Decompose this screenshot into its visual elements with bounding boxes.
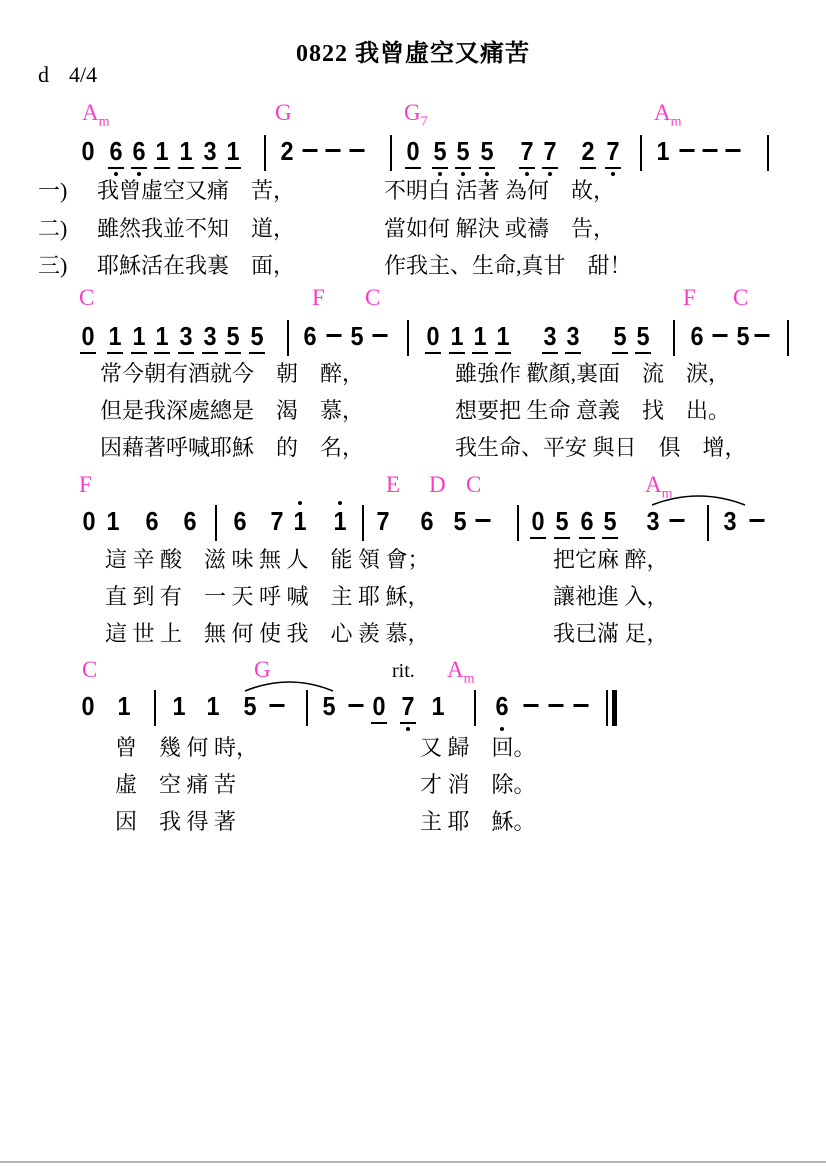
- note-dash: [303, 149, 318, 152]
- note-digit: 1: [155, 323, 168, 349]
- low-octave-dot: [548, 172, 552, 176]
- note-digit: 5: [555, 508, 568, 534]
- lyric-segment: 曾 幾 何 時，: [115, 735, 258, 761]
- note-digit: 5: [456, 138, 469, 164]
- note-digit: 1: [117, 693, 130, 719]
- note-digit: 0: [81, 693, 94, 719]
- chord-symbol-G: G: [275, 101, 292, 124]
- eighth-note-beam: [455, 167, 471, 169]
- note-digit: 7: [520, 138, 533, 164]
- note-dash: [680, 149, 695, 152]
- low-octave-dot: [461, 172, 465, 176]
- lyric-segment: 不明白 活著 為何 故，: [384, 178, 615, 204]
- note-digit: 3: [203, 323, 216, 349]
- page-bottom-edge: [0, 1161, 826, 1163]
- note-digit: 6: [132, 138, 145, 164]
- note-dash: [574, 704, 589, 707]
- eighth-note-beam: [154, 167, 170, 169]
- eighth-note-beam: [449, 352, 465, 354]
- note-digit: 1: [431, 693, 444, 719]
- chord-quality: m: [464, 672, 475, 687]
- note-digit: 3: [646, 508, 659, 534]
- barline: [707, 505, 709, 541]
- high-octave-dot: [338, 501, 342, 505]
- barline: [640, 135, 642, 171]
- barline: [787, 320, 789, 356]
- low-octave-dot: [525, 172, 529, 176]
- low-octave-dot: [611, 172, 615, 176]
- eighth-note-beam: [605, 167, 621, 169]
- note-digit: 5: [226, 323, 239, 349]
- barline: [362, 505, 364, 541]
- chord-symbol-G7: G7: [404, 101, 428, 130]
- note-digit: 6: [690, 323, 703, 349]
- barline: [264, 135, 266, 171]
- note-digit: 5: [613, 323, 626, 349]
- tempo-marking-rit: rit.: [392, 661, 415, 681]
- lyric-segment: 耶穌活在我裏 面，: [97, 253, 295, 279]
- chord-symbol-C: C: [82, 658, 97, 681]
- note-dash: [713, 334, 728, 337]
- tie-arc: [650, 492, 747, 506]
- low-octave-dot: [485, 172, 489, 176]
- note-digit: 0: [406, 138, 419, 164]
- lyric-segment: 這 世 上 無 何 使 我 心 羨 慕，: [105, 621, 430, 647]
- eighth-note-beam: [202, 352, 218, 354]
- eighth-note-beam: [579, 537, 595, 539]
- note-digit: 1: [656, 138, 669, 164]
- chord-symbol-C: C: [733, 286, 748, 309]
- note-digit: 5: [350, 323, 363, 349]
- note-digit: 7: [376, 508, 389, 534]
- lyric-segment: 我生命、平安 與日 俱 增，: [455, 435, 747, 461]
- chord-quality: m: [671, 115, 682, 130]
- note-digit: 5: [322, 693, 335, 719]
- chord-symbol-Am: Am: [654, 101, 682, 130]
- note-digit: 5: [736, 323, 749, 349]
- note-digit: 5: [480, 138, 493, 164]
- note-dash: [755, 334, 770, 337]
- barline: [306, 690, 308, 726]
- eighth-note-beam: [80, 352, 96, 354]
- barline: [215, 505, 217, 541]
- note-digit: 3: [179, 323, 192, 349]
- eighth-note-beam: [580, 167, 596, 169]
- barline: [390, 135, 392, 171]
- note-digit: 2: [280, 138, 293, 164]
- eighth-note-beam: [249, 352, 265, 354]
- note-dash: [726, 149, 741, 152]
- lyric-segment: 又 歸 回。: [420, 735, 536, 761]
- note-digit: 0: [531, 508, 544, 534]
- chord-symbol-Am: Am: [82, 101, 110, 130]
- chord-symbol-E: E: [386, 473, 400, 496]
- eighth-note-beam: [565, 352, 581, 354]
- eighth-note-beam: [425, 352, 441, 354]
- eighth-note-beam: [225, 167, 241, 169]
- note-digit: 6: [495, 693, 508, 719]
- eighth-note-beam: [154, 352, 170, 354]
- chord-symbol-C: C: [365, 286, 380, 309]
- note-digit: 7: [401, 693, 414, 719]
- chord-symbol-F: F: [312, 286, 325, 309]
- lyric-segment: 但是我深處總是 渴 慕，: [100, 398, 364, 424]
- time-signature: 4/4: [69, 62, 97, 87]
- lyric-segment: 我曾虛空又痛 苦，: [97, 178, 295, 204]
- note-digit: 6: [420, 508, 433, 534]
- eighth-note-beam: [554, 537, 570, 539]
- note-digit: 5: [243, 693, 256, 719]
- eighth-note-beam: [225, 352, 241, 354]
- note-digit: 6: [109, 138, 122, 164]
- note-digit: 1: [450, 323, 463, 349]
- note-dash: [270, 704, 285, 707]
- eighth-note-beam: [542, 352, 558, 354]
- low-octave-dot: [500, 727, 504, 731]
- note-digit: 6: [580, 508, 593, 534]
- note-digit: 1: [473, 323, 486, 349]
- lyric-segment: 主 耶 穌。: [420, 809, 536, 835]
- chord-symbol-D: D: [429, 473, 446, 496]
- final-barline-thin: [606, 690, 608, 726]
- note-digit: 1: [293, 508, 306, 534]
- note-digit: 5: [636, 323, 649, 349]
- eighth-note-beam: [178, 167, 194, 169]
- eighth-note-beam: [131, 352, 147, 354]
- eighth-note-beam: [519, 167, 535, 169]
- note-digit: 2: [581, 138, 594, 164]
- note-digit: 1: [155, 138, 168, 164]
- lyric-segment: 雖強作 歡顏,裏面 流 淚，: [455, 361, 730, 387]
- note-digit: 1: [226, 138, 239, 164]
- lyric-segment: 想要把 生命 意義 找 出。: [455, 398, 730, 424]
- chord-symbol-Am: Am: [447, 658, 475, 687]
- barline: [287, 320, 289, 356]
- note-digit: 6: [233, 508, 246, 534]
- key-signature: d4/4: [38, 62, 97, 88]
- low-octave-dot: [406, 727, 410, 731]
- note-digit: 5: [250, 323, 263, 349]
- note-dash: [350, 149, 365, 152]
- verse-number: 一): [38, 178, 67, 204]
- note-digit: 1: [132, 323, 145, 349]
- note-dash: [326, 149, 341, 152]
- note-digit: 0: [82, 508, 95, 534]
- note-dash: [524, 704, 539, 707]
- chord-quality: 7: [421, 115, 428, 130]
- barline: [517, 505, 519, 541]
- eighth-note-beam: [202, 167, 218, 169]
- eighth-note-beam: [602, 537, 618, 539]
- note-digit: 1: [106, 508, 119, 534]
- note-digit: 0: [372, 693, 385, 719]
- lyric-segment: 雖然我並不知 道，: [97, 216, 295, 242]
- note-digit: 7: [543, 138, 556, 164]
- sheet-music-page: 0822 我曾虛空又痛苦 d4/4 AmGG7Am066113120555772…: [0, 0, 826, 1169]
- note-digit: 6: [145, 508, 158, 534]
- note-digit: 7: [270, 508, 283, 534]
- eighth-note-beam: [400, 722, 416, 724]
- lyric-segment: 這 辛 酸 滋 味 無 人 能 領 會；: [105, 547, 430, 573]
- final-barline-thick: [612, 690, 617, 726]
- lyric-segment: 我已滿 足，: [553, 621, 669, 647]
- eighth-note-beam: [107, 352, 123, 354]
- eighth-note-beam: [479, 167, 495, 169]
- lyric-segment: 把它麻 醉，: [553, 547, 669, 573]
- lyric-segment: 虛 空 痛 苦: [115, 772, 236, 798]
- low-octave-dot: [114, 172, 118, 176]
- note-dash: [349, 704, 364, 707]
- high-octave-dot: [298, 501, 302, 505]
- lyric-segment: 因藉著呼喊耶穌 的 名，: [100, 435, 364, 461]
- song-title: 0822 我曾虛空又痛苦: [0, 33, 826, 68]
- barline: [673, 320, 675, 356]
- note-digit: 1: [179, 138, 192, 164]
- note-digit: 5: [453, 508, 466, 534]
- eighth-note-beam: [472, 352, 488, 354]
- note-dash: [549, 704, 564, 707]
- barline: [767, 135, 769, 171]
- eighth-note-beam: [635, 352, 651, 354]
- lyric-segment: 常今朝有酒就今 朝 醉，: [100, 361, 364, 387]
- note-digit: 1: [333, 508, 346, 534]
- eighth-note-beam: [530, 537, 546, 539]
- lyric-segment: 因 我 得 著: [115, 809, 236, 835]
- note-digit: 1: [108, 323, 121, 349]
- note-digit: 1: [206, 693, 219, 719]
- eighth-note-beam: [612, 352, 628, 354]
- note-digit: 0: [81, 323, 94, 349]
- note-digit: 3: [203, 138, 216, 164]
- chord-symbol-F: F: [79, 473, 92, 496]
- chord-quality: m: [99, 115, 110, 130]
- chord-symbol-C: C: [79, 286, 94, 309]
- note-digit: 5: [603, 508, 616, 534]
- eighth-note-beam: [178, 352, 194, 354]
- eighth-note-beam: [495, 352, 511, 354]
- note-digit: 5: [433, 138, 446, 164]
- lyric-segment: 直 到 有 一 天 呼 喊 主 耶 穌，: [105, 584, 430, 610]
- note-dash: [476, 519, 491, 522]
- verse-number: 三): [38, 253, 67, 279]
- note-dash: [703, 149, 718, 152]
- note-dash: [670, 519, 685, 522]
- note-digit: 0: [81, 138, 94, 164]
- eighth-note-beam: [405, 167, 421, 169]
- note-digit: 7: [606, 138, 619, 164]
- lyric-segment: 才 消 除。: [420, 772, 536, 798]
- lyric-segment: 作我主、生命,真甘 甜！: [384, 253, 632, 279]
- key-letter: d: [38, 62, 49, 87]
- note-digit: 6: [303, 323, 316, 349]
- eighth-note-beam: [432, 167, 448, 169]
- barline: [474, 690, 476, 726]
- low-octave-dot: [438, 172, 442, 176]
- verse-number: 二): [38, 216, 67, 242]
- note-digit: 6: [183, 508, 196, 534]
- note-dash: [327, 334, 342, 337]
- barline: [154, 690, 156, 726]
- eighth-note-beam: [108, 167, 124, 169]
- note-digit: 1: [496, 323, 509, 349]
- chord-symbol-C: C: [466, 473, 481, 496]
- note-digit: 0: [426, 323, 439, 349]
- tie-arc: [243, 678, 335, 692]
- note-digit: 3: [543, 323, 556, 349]
- eighth-note-beam: [371, 722, 387, 724]
- note-dash: [373, 334, 388, 337]
- note-digit: 3: [566, 323, 579, 349]
- barline: [407, 320, 409, 356]
- note-digit: 3: [723, 508, 736, 534]
- eighth-note-beam: [542, 167, 558, 169]
- note-digit: 1: [172, 693, 185, 719]
- note-dash: [750, 519, 765, 522]
- chord-symbol-F: F: [683, 286, 696, 309]
- lyric-segment: 讓祂進 入，: [553, 584, 669, 610]
- low-octave-dot: [137, 172, 141, 176]
- lyric-segment: 當如何 解決 或禱 告，: [384, 216, 615, 242]
- eighth-note-beam: [131, 167, 147, 169]
